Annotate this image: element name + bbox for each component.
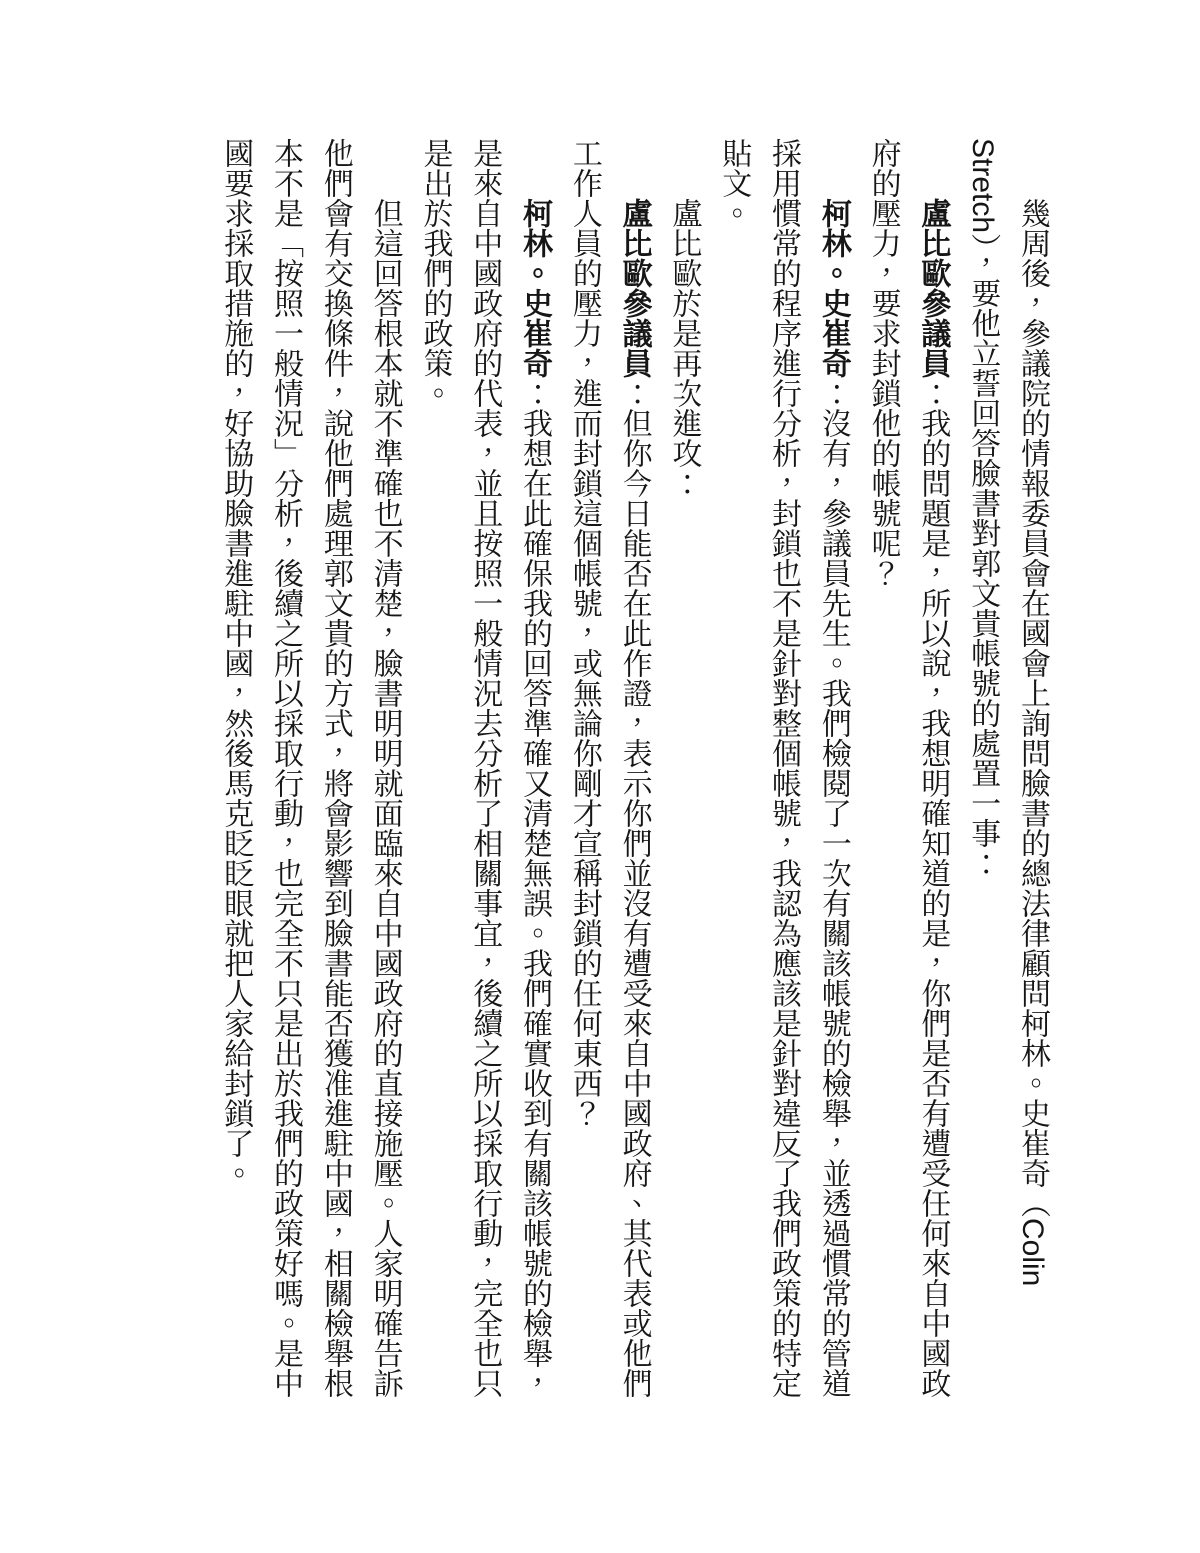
speaker-name: 柯林。史崔奇 bbox=[817, 198, 850, 378]
paragraph-rubio-question-2: 盧比歐參議員：但你今日能否在此作證，表示你們並沒有遭受來自中國政府、其代表或他們… bbox=[559, 138, 659, 1418]
paragraph-stretch-answer-2: 柯林。史崔奇：我想在此確保我的回答準確又清楚無誤。我們確實收到有關該帳號的檢舉，… bbox=[410, 138, 559, 1418]
paragraph-commentary: 但這回答根本就不準確也不清楚，臉書明明就面臨來自中國政府的直接施壓。人家明確告訴… bbox=[210, 138, 409, 1418]
paragraph-rubio-question-1: 盧比歐參議員：我的問題是，所以說，我想明確知道的是，你們是否有遭受任何來自中國政… bbox=[858, 138, 958, 1418]
paragraph-text: 盧比歐於是再次進攻： bbox=[667, 198, 700, 498]
article-text: 幾周後，參議院的情報委員會在國會上詢問臉書的總法律顧問柯林。史崔奇（Colin … bbox=[210, 138, 1057, 1418]
book-page: 幾周後，參議院的情報委員會在國會上詢問臉書的總法律顧問柯林。史崔奇（Colin … bbox=[0, 0, 1200, 1553]
paragraph-text: 但這回答根本就不準確也不清楚，臉書明明就面臨來自中國政府的直接施壓。人家明確告訴… bbox=[219, 138, 401, 1398]
paragraph-intro: 幾周後，參議院的情報委員會在國會上詢問臉書的總法律顧問柯林。史崔奇（Colin … bbox=[957, 138, 1057, 1418]
speaker-name: 柯林。史崔奇 bbox=[518, 198, 551, 378]
paragraph-text: 幾周後，參議院的情報委員會在國會上詢問臉書的總法律顧問柯林。史崔奇（Colin … bbox=[966, 138, 1049, 1286]
paragraph-stretch-answer-1: 柯林。史崔奇：沒有，參議員先生。我們檢閱了一次有關該帳號的檢舉，並透過慣常的管道… bbox=[708, 138, 857, 1418]
speaker-name: 盧比歐參議員 bbox=[916, 198, 949, 378]
paragraph-narration: 盧比歐於是再次進攻： bbox=[659, 138, 709, 1418]
speaker-name: 盧比歐參議員 bbox=[618, 198, 651, 378]
